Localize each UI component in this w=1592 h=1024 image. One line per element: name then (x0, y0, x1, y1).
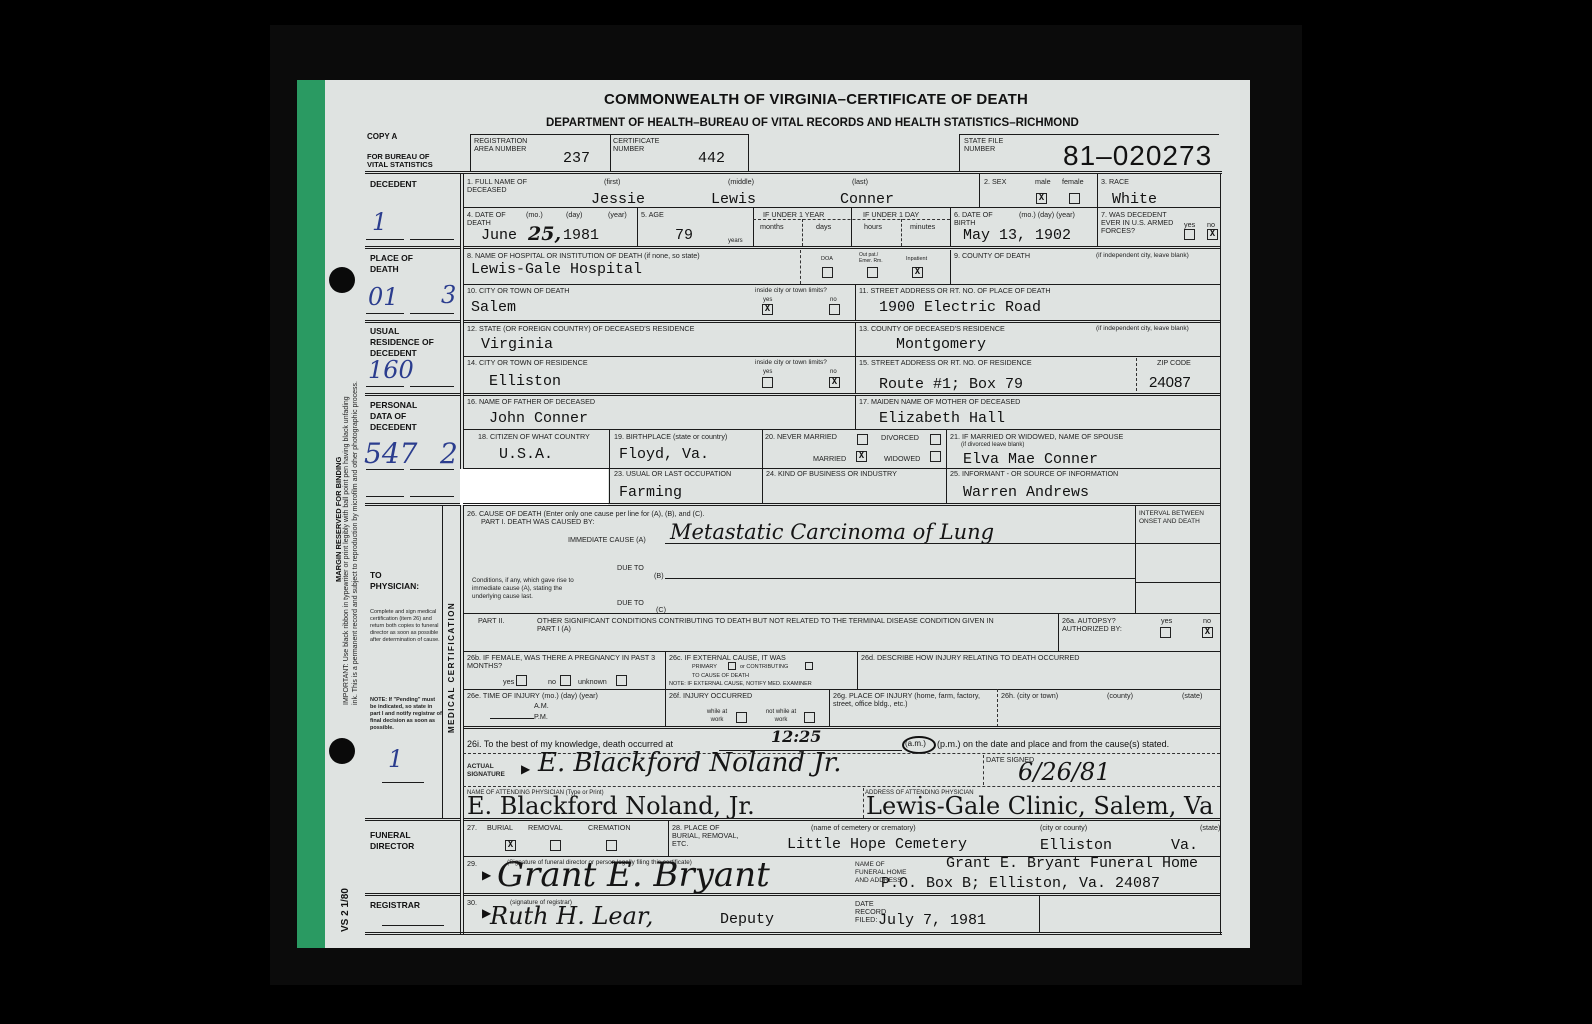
not-while-at-work-label: not while at work (762, 708, 800, 724)
residence-inside-limits-no-checkbox[interactable]: X (829, 377, 840, 388)
f19-label: 19. BIRTHPLACE (state or country) (614, 433, 727, 441)
outpat-label: Out pat./ Emer. Rm. (859, 252, 889, 264)
f23-label: 23. USUAL OR LAST OCCUPATION (614, 470, 731, 478)
section-place-of-death: PLACE OF DEATH (370, 253, 440, 275)
divorced-label: DIVORCED (881, 434, 919, 442)
f10-yes-label: yes (763, 296, 772, 304)
f26h-county: (county) (1107, 692, 1133, 700)
autopsy-no-checkbox[interactable]: X (1202, 627, 1213, 638)
cemetery-label: (name of cemetery or crematory) (811, 824, 916, 832)
f26d-label: 26d. DESCRIBE HOW INJURY RELATING TO DEA… (861, 654, 1079, 662)
b-label: (B) (654, 572, 664, 580)
hospital-name: Lewis-Gale Hospital (471, 261, 642, 278)
death-month: June (481, 227, 517, 244)
married-label: MARRIED (813, 455, 846, 463)
pregnancy-no-checkbox[interactable] (560, 675, 571, 686)
f26c-label: 26c. IF EXTERNAL CAUSE, IT WAS (669, 654, 786, 662)
age-unit: years (728, 237, 743, 245)
physician-instructions: Complete and sign medical certification … (370, 609, 442, 644)
residence-code-a: 160 (368, 356, 414, 384)
age-value: 79 (675, 227, 693, 244)
f21-note: (if divorced leave blank) (961, 441, 1024, 449)
f26e-cols: (mo.) (day) (year) (542, 692, 598, 700)
removal-checkbox[interactable] (550, 840, 561, 851)
punch-hole (329, 738, 355, 764)
f10-no-label: no (830, 296, 837, 304)
personal-code-b: 2 (440, 437, 458, 470)
f7-label: 7. WAS DECEDENT EVER IN U.S. ARMED FORCE… (1101, 211, 1181, 235)
signature-arrow-icon: ▶ (521, 762, 530, 776)
f6-cols: (mo.) (day) (year) (1019, 211, 1075, 219)
f18-label: 18. CITIZEN OF WHAT COUNTRY (478, 433, 590, 441)
state-file-label: STATE FILE NUMBER (964, 137, 1014, 153)
to-cause-label: TO CAUSE OF DEATH (692, 672, 749, 680)
autopsy-label: 26a. AUTOPSY? AUTHORIZED BY: (1062, 617, 1124, 633)
funeral-director-signature: Grant E. Bryant (497, 855, 770, 895)
interval-label: INTERVAL BETWEEN ONSET AND DEATH (1139, 510, 1219, 526)
doa-checkbox[interactable] (822, 267, 833, 278)
days-label: days (816, 223, 831, 231)
death-day: 25, (528, 223, 561, 245)
middle-name: Lewis (711, 191, 756, 208)
margin-important-line2: ink. This is a permanent record and subj… (352, 381, 359, 705)
f27-label: 27. (467, 824, 477, 832)
f2-male-label: male (1035, 178, 1051, 186)
outpatient-checkbox[interactable] (867, 267, 878, 278)
section-registrar: REGISTRAR (370, 900, 420, 911)
part1-label: PART I. DEATH WAS CAUSED BY: (481, 518, 594, 526)
never-married-checkbox[interactable] (857, 434, 868, 445)
margin-important-line1: IMPORTANT: Use black ribbon in typewrite… (343, 396, 350, 705)
f7-no-label: no (1207, 221, 1215, 229)
first-name: Jessie (591, 191, 645, 208)
am-label: A.M. (534, 702, 549, 710)
funeral-home-name: Grant E. Bryant Funeral Home (946, 855, 1198, 872)
section-funeral-director: FUNERAL DIRECTOR (370, 830, 430, 852)
divorced-checkbox[interactable] (930, 434, 941, 445)
date-filed: July 7, 1981 (878, 912, 986, 929)
state-file-number: 81–020273 (1063, 140, 1212, 172)
death-year: 1981 (563, 227, 599, 244)
signature-label: ACTUAL SIGNATURE (467, 763, 513, 779)
redacted-ssn (460, 469, 608, 505)
f30-label: 30. (467, 899, 477, 907)
section-to-physician: TO PHYSICIAN: (370, 570, 430, 592)
immediate-cause: Metastatic Carcinoma of Lung (670, 520, 994, 544)
f9-note: (if independent city, leave blank) (1096, 252, 1189, 260)
bureau-label: FOR BUREAU OF VITAL STATISTICS (367, 153, 447, 169)
f26g-label: 26g. PLACE OF INJURY (home, farm, factor… (833, 692, 993, 708)
sex-female-checkbox[interactable] (1069, 193, 1080, 204)
birthplace: Floyd, Va. (619, 446, 709, 463)
f25-label: 25. INFORMANT - OR SOURCE OF INFORMATION (950, 470, 1118, 478)
burial-city-label: (city or county) (1040, 824, 1087, 832)
removal-label: REMOVAL (528, 824, 563, 832)
race-value: White (1112, 191, 1157, 208)
residence-inside-limits-yes-checkbox[interactable] (762, 377, 773, 388)
contributing-checkbox[interactable] (805, 662, 813, 670)
months-label: months (760, 223, 784, 231)
minutes-label: minutes (910, 223, 935, 231)
cremation-checkbox[interactable] (606, 840, 617, 851)
f4-year: (year) (608, 211, 627, 219)
f14-label: 14. CITY OR TOWN OF RESIDENCE (467, 359, 588, 367)
f26h-state: (state) (1182, 692, 1202, 700)
physician-address: Lewis-Gale Clinic, Salem, Va (866, 792, 1213, 820)
married-checkbox[interactable]: X (856, 451, 867, 462)
f11-label: 11. STREET ADDRESS OR RT. NO. OF PLACE O… (859, 287, 1051, 295)
sex-male-checkbox[interactable]: X (1036, 193, 1047, 204)
father-name: John Conner (489, 410, 588, 427)
f14-no-label: no (830, 368, 837, 376)
widowed-checkbox[interactable] (930, 451, 941, 462)
section-personal-data: PERSONAL DATA OF DECEDENT (370, 400, 440, 433)
physician-name: E. Blackford Noland, Jr. (467, 792, 755, 820)
due-to-b-label: DUE TO (617, 564, 644, 572)
cemetery-name: Little Hope Cemetery (787, 836, 967, 853)
copy-label: COPY A (367, 131, 397, 142)
not-while-at-work-checkbox[interactable] (804, 712, 815, 723)
contributing-label: or CONTRIBUTING (740, 663, 788, 671)
certify-suffix: (p.m.) on the date and place and from th… (937, 739, 1169, 749)
autopsy-yes-label: yes (1161, 617, 1172, 625)
residence-county: Montgomery (896, 336, 986, 353)
decedent-code-a: 1 (372, 208, 387, 236)
due-to-c-label: DUE TO (617, 599, 644, 607)
f1-label: 1. FULL NAME OF DECEASED (467, 178, 547, 194)
residence-city: Elliston (489, 373, 561, 390)
part2-text: OTHER SIGNIFICANT CONDITIONS CONTRIBUTIN… (537, 617, 997, 633)
f3-label: 3. RACE (1101, 178, 1129, 186)
f1-first-label: (first) (604, 178, 620, 186)
doa-label: DOA (821, 255, 833, 263)
medical-certification-label: MEDICAL CERTIFICATION (446, 602, 457, 733)
immediate-cause-label: IMMEDIATE CAUSE (A) (568, 536, 646, 544)
birth-date: May 13, 1902 (963, 227, 1071, 244)
f16-label: 16. NAME OF FATHER OF DECEASED (467, 398, 595, 406)
while-at-work-label: while at work (702, 708, 732, 724)
citizenship: U.S.A. (499, 446, 553, 463)
autopsy-no-label: no (1203, 617, 1211, 625)
last-name: Conner (840, 191, 894, 208)
armed-forces-yes-checkbox[interactable] (1184, 229, 1195, 240)
primary-label: PRIMARY (692, 663, 717, 671)
punch-hole (329, 267, 355, 293)
f29-label: 29. (467, 860, 477, 868)
under-year-label: IF UNDER 1 YEAR (763, 211, 824, 219)
burial-city: Elliston (1040, 837, 1112, 854)
time-of-death: 12:25 (771, 727, 821, 746)
f14-yes-label: yes (763, 368, 772, 376)
place-code-b: 3 (441, 281, 456, 309)
f1-last-label: (last) (852, 178, 868, 186)
f14-limits-label: inside city or town limits? (755, 359, 827, 367)
f9-label: 9. COUNTY OF DEATH (954, 252, 1030, 260)
hours-label: hours (864, 223, 882, 231)
pregnancy-no-label: no (548, 678, 556, 686)
section-usual-residence: USUAL RESIDENCE OF DECEDENT (370, 326, 450, 359)
binding-margin-strip (297, 80, 325, 948)
am-option: (a.m.) (905, 739, 926, 748)
f5-label: 5. AGE (641, 211, 664, 219)
cremation-label: CREMATION (588, 824, 631, 832)
burial-checkbox[interactable]: X (505, 840, 516, 851)
section-decedent: DECEDENT (370, 179, 417, 190)
part2-label: PART II. (478, 617, 504, 625)
f2-label: 2. SEX (984, 178, 1006, 186)
while-at-work-checkbox[interactable] (736, 712, 747, 723)
pm-label: P.M. (534, 713, 548, 721)
death-inside-limits-yes-checkbox[interactable]: X (762, 304, 773, 315)
certificate-title: COMMONWEALTH OF VIRGINIA–CERTIFICATE OF … (604, 91, 1028, 108)
external-cause-note: NOTE: IF EXTERNAL CAUSE, NOTIFY MED. EXA… (669, 680, 812, 688)
f8-label: 8. NAME OF HOSPITAL OR INSTITUTION OF DE… (467, 252, 700, 260)
registrar-signature: Ruth H. Lear, (490, 902, 653, 930)
zip-label: ZIP CODE (1157, 359, 1191, 367)
f10-limits-label: inside city or town limits? (755, 287, 827, 295)
pending-note: NOTE: If "Pending" must be indicated, so… (370, 697, 442, 732)
city-of-death: Salem (471, 299, 516, 316)
residence-street: Route #1; Box 79 (879, 376, 1023, 393)
occupation: Farming (619, 484, 682, 501)
f26b-label: 26b. IF FEMALE, WAS THERE A PREGNANCY IN… (467, 654, 657, 670)
spouse-name: Elva Mae Conner (963, 451, 1098, 468)
zip-code: 24087 (1149, 374, 1191, 391)
f12-label: 12. STATE (OR FOREIGN COUNTRY) OF DECEAS… (467, 325, 694, 333)
burial-state: Va. (1171, 837, 1198, 854)
f4-label: 4. DATE OF DEATH (467, 211, 507, 227)
armed-forces-no-checkbox[interactable]: X (1207, 229, 1218, 240)
pregnancy-yes-checkbox[interactable] (516, 675, 527, 686)
under-day-label: IF UNDER 1 DAY (863, 211, 919, 219)
mother-maiden-name: Elizabeth Hall (879, 410, 1005, 427)
f26h-label: 26h. (city or town) (1001, 692, 1058, 700)
f26f-label: 26f. INJURY OCCURRED (669, 692, 752, 700)
death-inside-limits-no-checkbox[interactable] (829, 304, 840, 315)
registrar-title: Deputy (720, 911, 774, 928)
f15-label: 15. STREET ADDRESS OR RT. NO. OF RESIDEN… (859, 359, 1032, 367)
burial-label: BURIAL (487, 824, 513, 832)
physician-code: 1 (388, 745, 403, 773)
widowed-label: WIDOWED (884, 455, 920, 463)
f13-label: 13. COUNTY OF DECEASED'S RESIDENCE (859, 325, 1005, 333)
street-of-death: 1900 Electric Road (879, 299, 1041, 316)
registration-area-label: REGISTRATION AREA NUMBER (474, 137, 544, 153)
f10-label: 10. CITY OR TOWN OF DEATH (467, 287, 570, 295)
f4-mo: (mo.) (526, 211, 543, 219)
f7-yes-label: yes (1184, 221, 1195, 229)
f13-note: (if independent city, leave blank) (1096, 325, 1189, 333)
informant: Warren Andrews (963, 484, 1089, 501)
pregnancy-unknown-label: unknown (578, 678, 607, 686)
f21-label: 21. IF MARRIED OR WIDOWED, NAME OF SPOUS… (950, 433, 1123, 441)
f4-day: (day) (566, 211, 582, 219)
f26e-label: 26e. TIME OF INJURY (467, 692, 540, 700)
date-signed: 6/26/81 (1018, 758, 1111, 786)
place-code-a: 01 (368, 283, 399, 311)
f2-female-label: female (1062, 178, 1084, 186)
physician-signature: E. Blackford Noland Jr. (538, 748, 842, 778)
certificate-number: 442 (698, 150, 725, 167)
autopsy-yes-checkbox[interactable] (1160, 627, 1171, 638)
pregnancy-unknown-checkbox[interactable] (616, 675, 627, 686)
f17-label: 17. MAIDEN NAME OF MOTHER OF DECEASED (859, 398, 1020, 406)
certificate-number-label: CERTIFICATE NUMBER (613, 137, 673, 153)
conditions-note: Conditions, if any, which gave rise to i… (472, 577, 592, 601)
f20-label: 20. NEVER MARRIED (765, 433, 837, 441)
inpatient-label: Inpatient (906, 255, 927, 263)
personal-code-a: 547 (364, 437, 417, 470)
certificate-subtitle: DEPARTMENT OF HEALTH–BUREAU OF VITAL REC… (546, 117, 1079, 129)
registration-area-number: 237 (563, 150, 590, 167)
f6-label: 6. DATE OF BIRTH (954, 211, 1004, 227)
primary-checkbox[interactable] (728, 662, 736, 670)
f28-label: 28. PLACE OF BURIAL, REMOVAL, ETC. (672, 824, 742, 848)
residence-state: Virginia (481, 336, 553, 353)
f1-middle-label: (middle) (728, 178, 754, 186)
burial-state-label: (state) (1200, 824, 1220, 832)
form-number: VS 2 1/80 (340, 888, 351, 932)
pregnancy-yes-label: yes (503, 678, 514, 686)
funeral-home-address: P.O. Box B; Elliston, Va. 24087 (881, 875, 1160, 892)
inpatient-checkbox[interactable]: X (912, 267, 923, 278)
signature-arrow-icon: ▶ (482, 868, 491, 882)
f24-label: 24. KIND OF BUSINESS OR INDUSTRY (766, 470, 897, 478)
